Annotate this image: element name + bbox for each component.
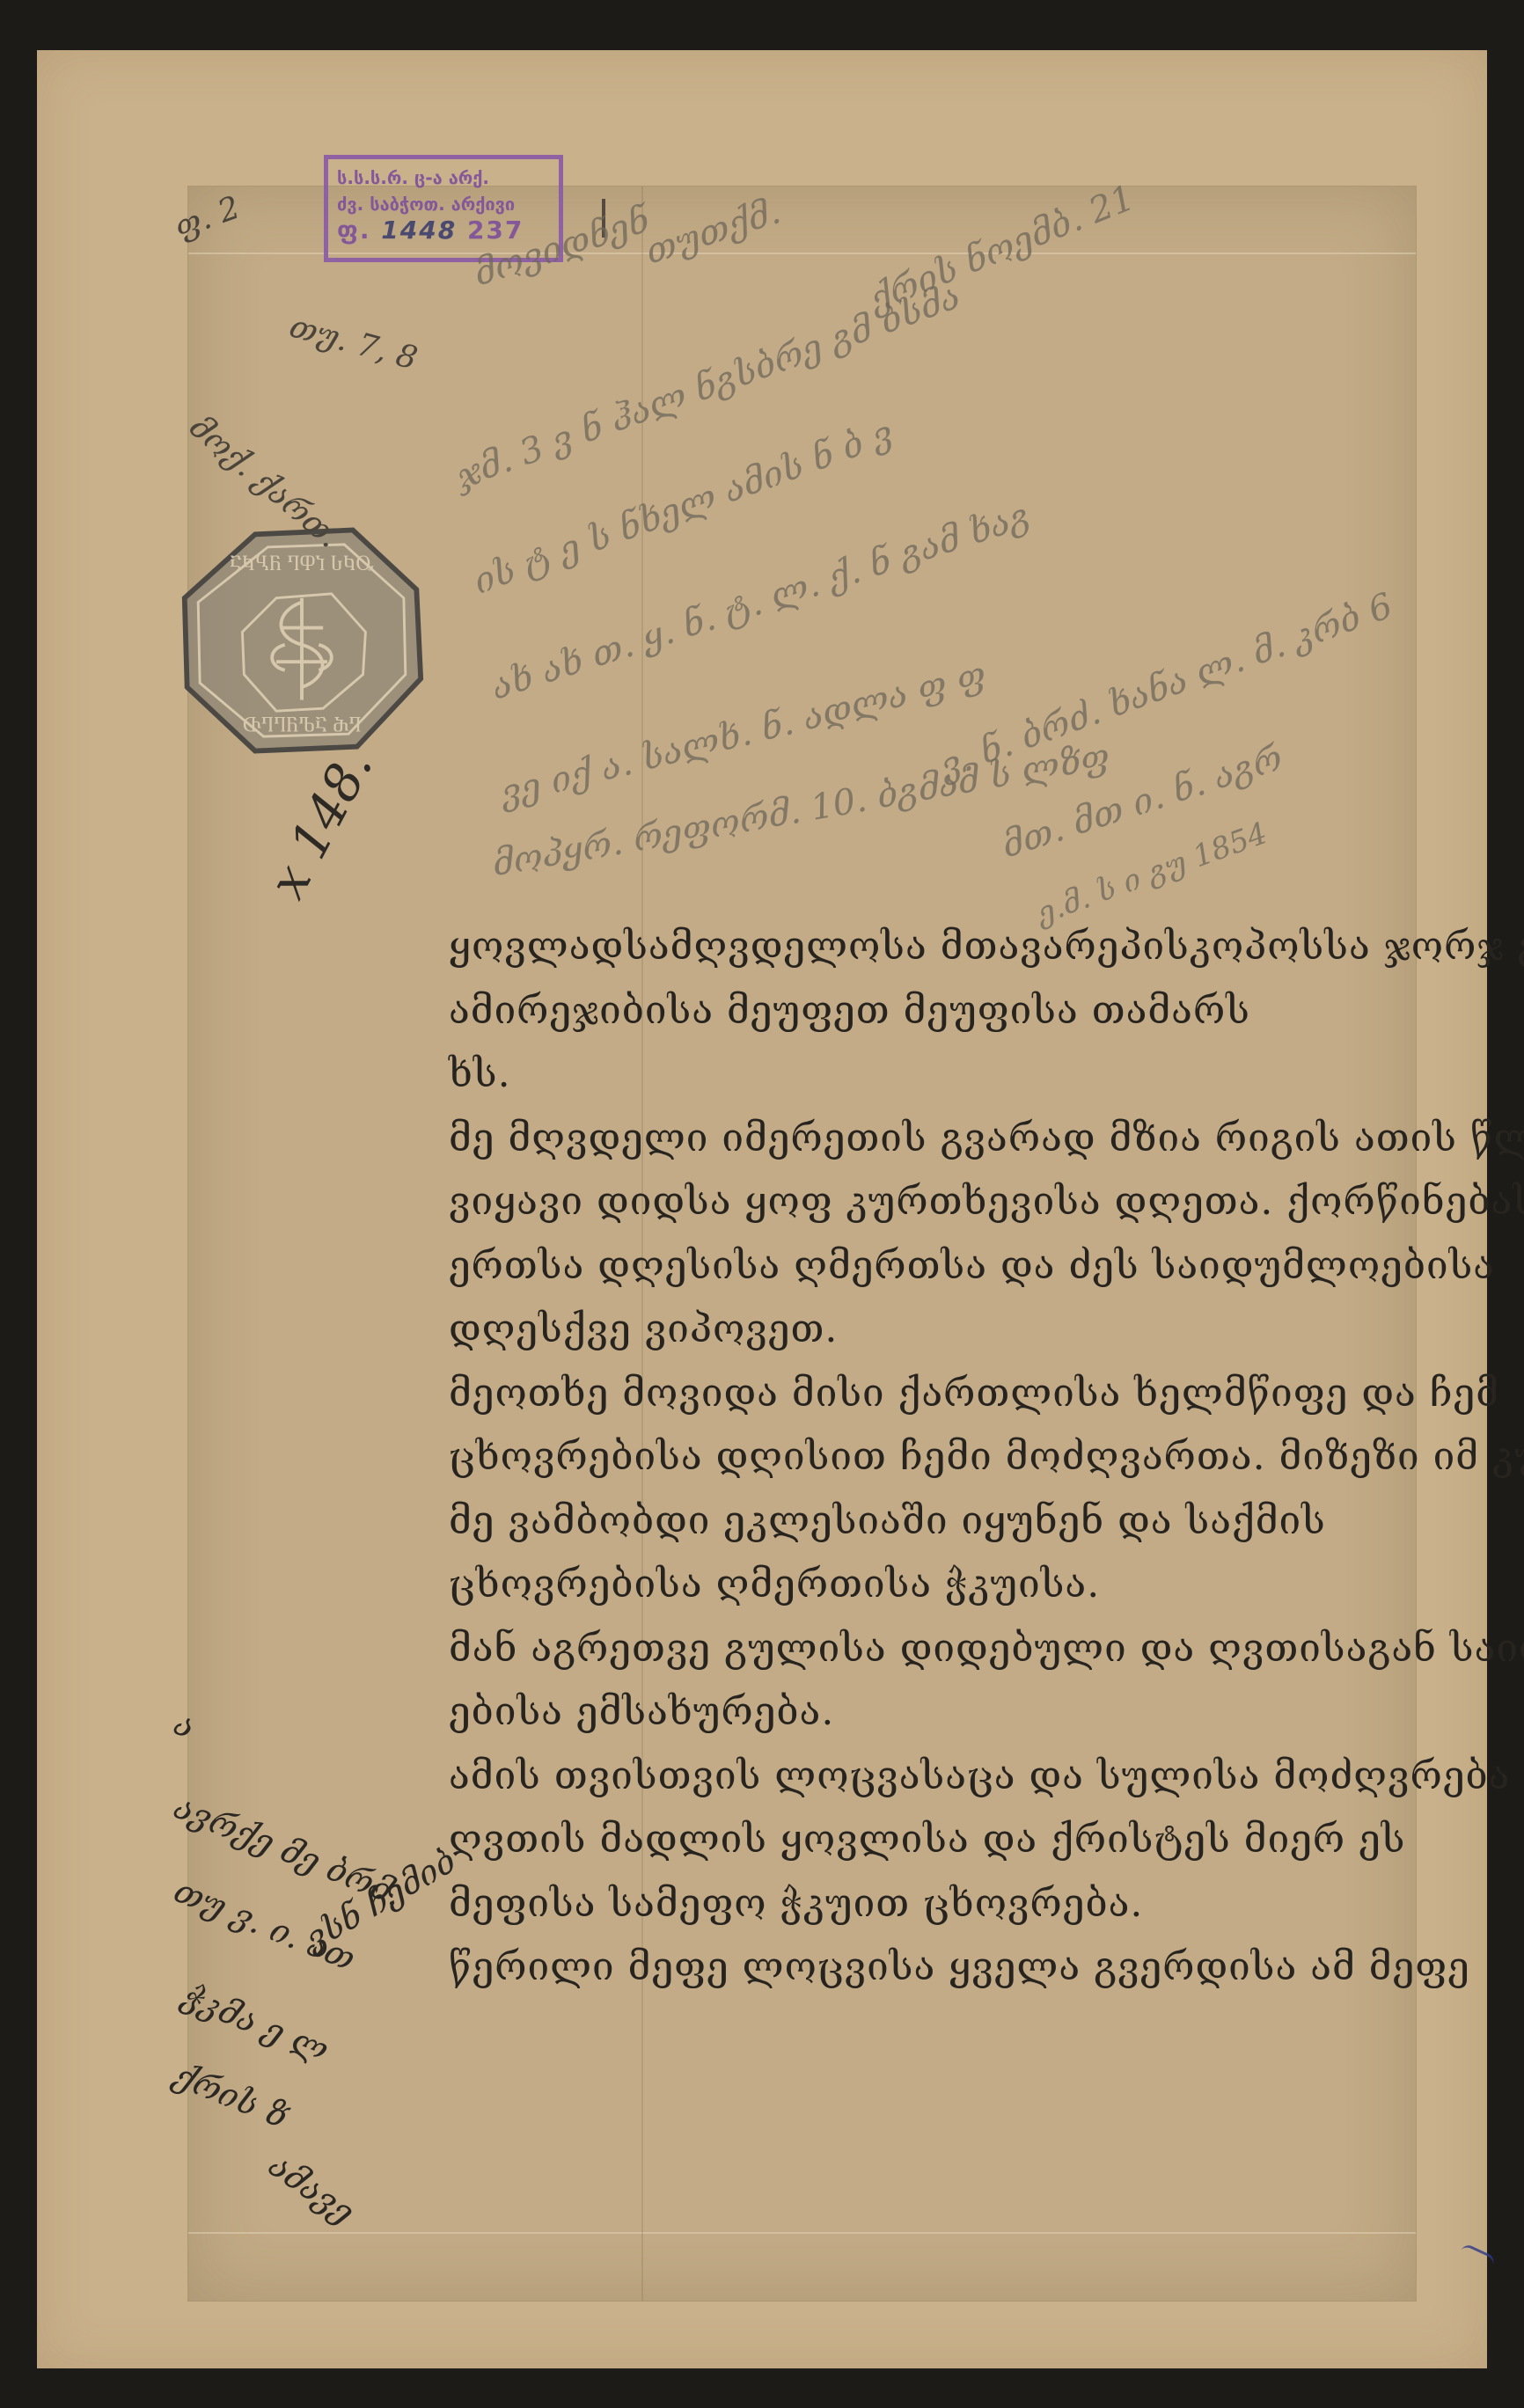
svg-text:ႧႤႤႬႪႠ ႫႤ: ႧႤႤႬႪႠ ႫႤ bbox=[243, 715, 362, 736]
stamp-number-handwritten: 1448 bbox=[381, 216, 457, 245]
fold-line bbox=[188, 2232, 1416, 2234]
text-line: მეფისა სამეფო ჭკუით ცხოვრება. bbox=[449, 1872, 1373, 1936]
text-line: მან აგრეთვე გულისა დიდებული და ღვთისაგან… bbox=[449, 1617, 1373, 1681]
text-line: მე ვამბობდი ეკლესიაში იყუნენ და საქმის bbox=[449, 1489, 1373, 1554]
text-line: ცხოვრებისა დღისით ჩემი მოძღვართა. მიზეზი… bbox=[449, 1425, 1373, 1489]
text-line: წერილი მეფე ლოცვისა ყველა გვერდისა ამ მე… bbox=[449, 1936, 1373, 2000]
text-line: მე მღვდელი იმერეთის გვარად მზია რიგის ათ… bbox=[449, 1107, 1373, 1171]
text-line: ცხოვრებისა ღმერთისა ჭკუისა. bbox=[449, 1553, 1373, 1617]
text-line: ყოვლადსამღვდელოსა მთავარეპისკოპოსსა ჯორჯ… bbox=[449, 915, 1373, 979]
text-line: ვიყავი დიდსა ყოფ კურთხევისა დღეთა. ქორწი… bbox=[449, 1170, 1373, 1234]
text-line: ხს. bbox=[449, 1043, 1373, 1107]
stamp-line-1: ს.ს.ს.რ. ც-ა არქ. bbox=[337, 165, 550, 191]
stamp-line-2: ძვ. საბჭოთ. არქივი bbox=[337, 191, 550, 217]
stamp-number-prefix: ფ. bbox=[337, 216, 371, 245]
manuscript-body: ყოვლადსამღვდელოსა მთავარეპისკოპოსსა ჯორჯ… bbox=[449, 915, 1373, 2000]
text-line: მეოთხე მოვიდა მისი ქართლისა ხელმწიფე და … bbox=[449, 1362, 1373, 1426]
text-line: ამირეჯიბისა მეუფეთ მეუფისა თამარს bbox=[449, 979, 1373, 1043]
text-line: ამის თვისთვის ლოცვასაცა და სულისა მოძღვრ… bbox=[449, 1745, 1373, 1809]
text-line: დღესქვე ვიპოვეთ. bbox=[449, 1298, 1373, 1362]
svg-text:ႠႩႡႬ ႤႴႨ ႱႩႭ: ႠႩႡႬ ႤႴႨ ႱႩႭ bbox=[230, 554, 374, 575]
text-line: ერთსა დღესისა ღმერთსა და ძეს საიდუმლოები… bbox=[449, 1234, 1373, 1299]
text-line: ებისა ემსახურება. bbox=[449, 1680, 1373, 1745]
text-line: ღვთის მადლის ყოვლისა და ქრისტეს მიერ ეს bbox=[449, 1808, 1373, 1872]
seal-graphic: ႠႩႡႬ ႤႴႨ ႱႩႭ ႧႤႤႬႪႠ ႫႤ bbox=[174, 517, 429, 764]
octagonal-seal-icon: ႠႩႡႬ ႤႴႨ ႱႩႭ ႧႤႤႬႪႠ ႫႤ bbox=[174, 517, 429, 764]
